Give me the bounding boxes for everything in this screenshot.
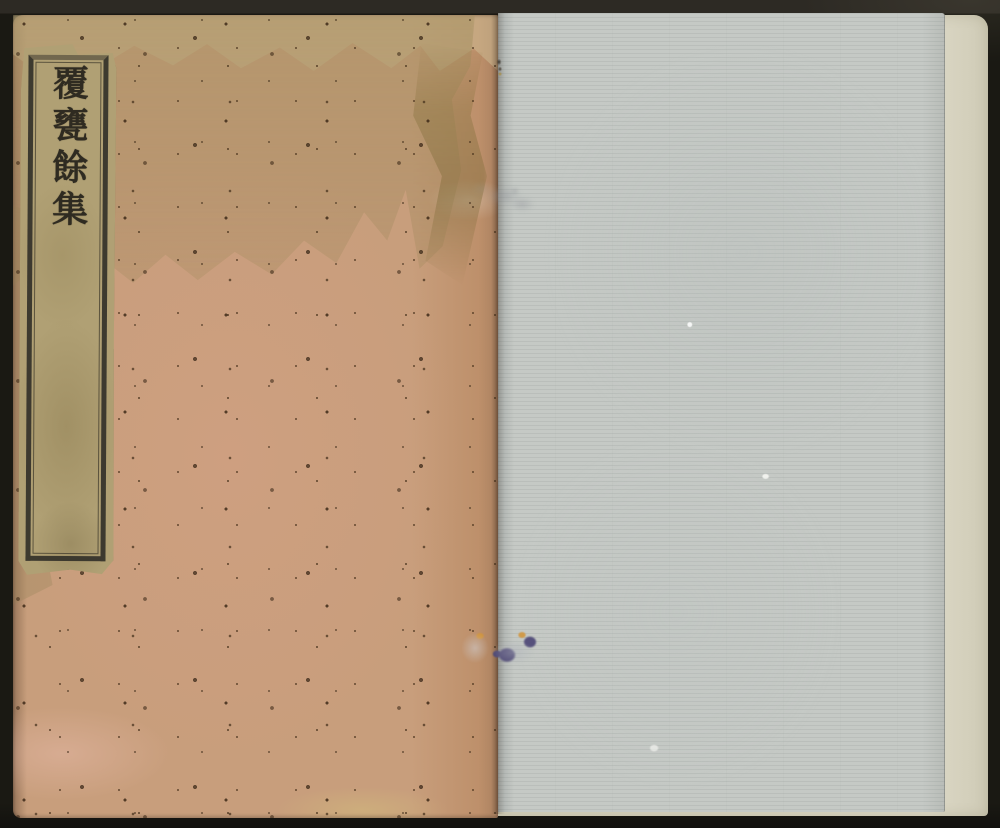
blank-endpaper-page bbox=[498, 13, 945, 812]
title-slip-text: 覆甕餘集 bbox=[49, 64, 86, 232]
title-slip: 覆甕餘集 bbox=[17, 42, 116, 577]
ink-blot-stain bbox=[453, 621, 553, 683]
book-front-cover: 覆甕餘集 bbox=[13, 15, 498, 818]
gutter-smudge-stain bbox=[452, 168, 547, 230]
book-scan-background: 覆甕餘集 bbox=[0, 0, 1000, 828]
gutter-speck bbox=[493, 55, 505, 79]
